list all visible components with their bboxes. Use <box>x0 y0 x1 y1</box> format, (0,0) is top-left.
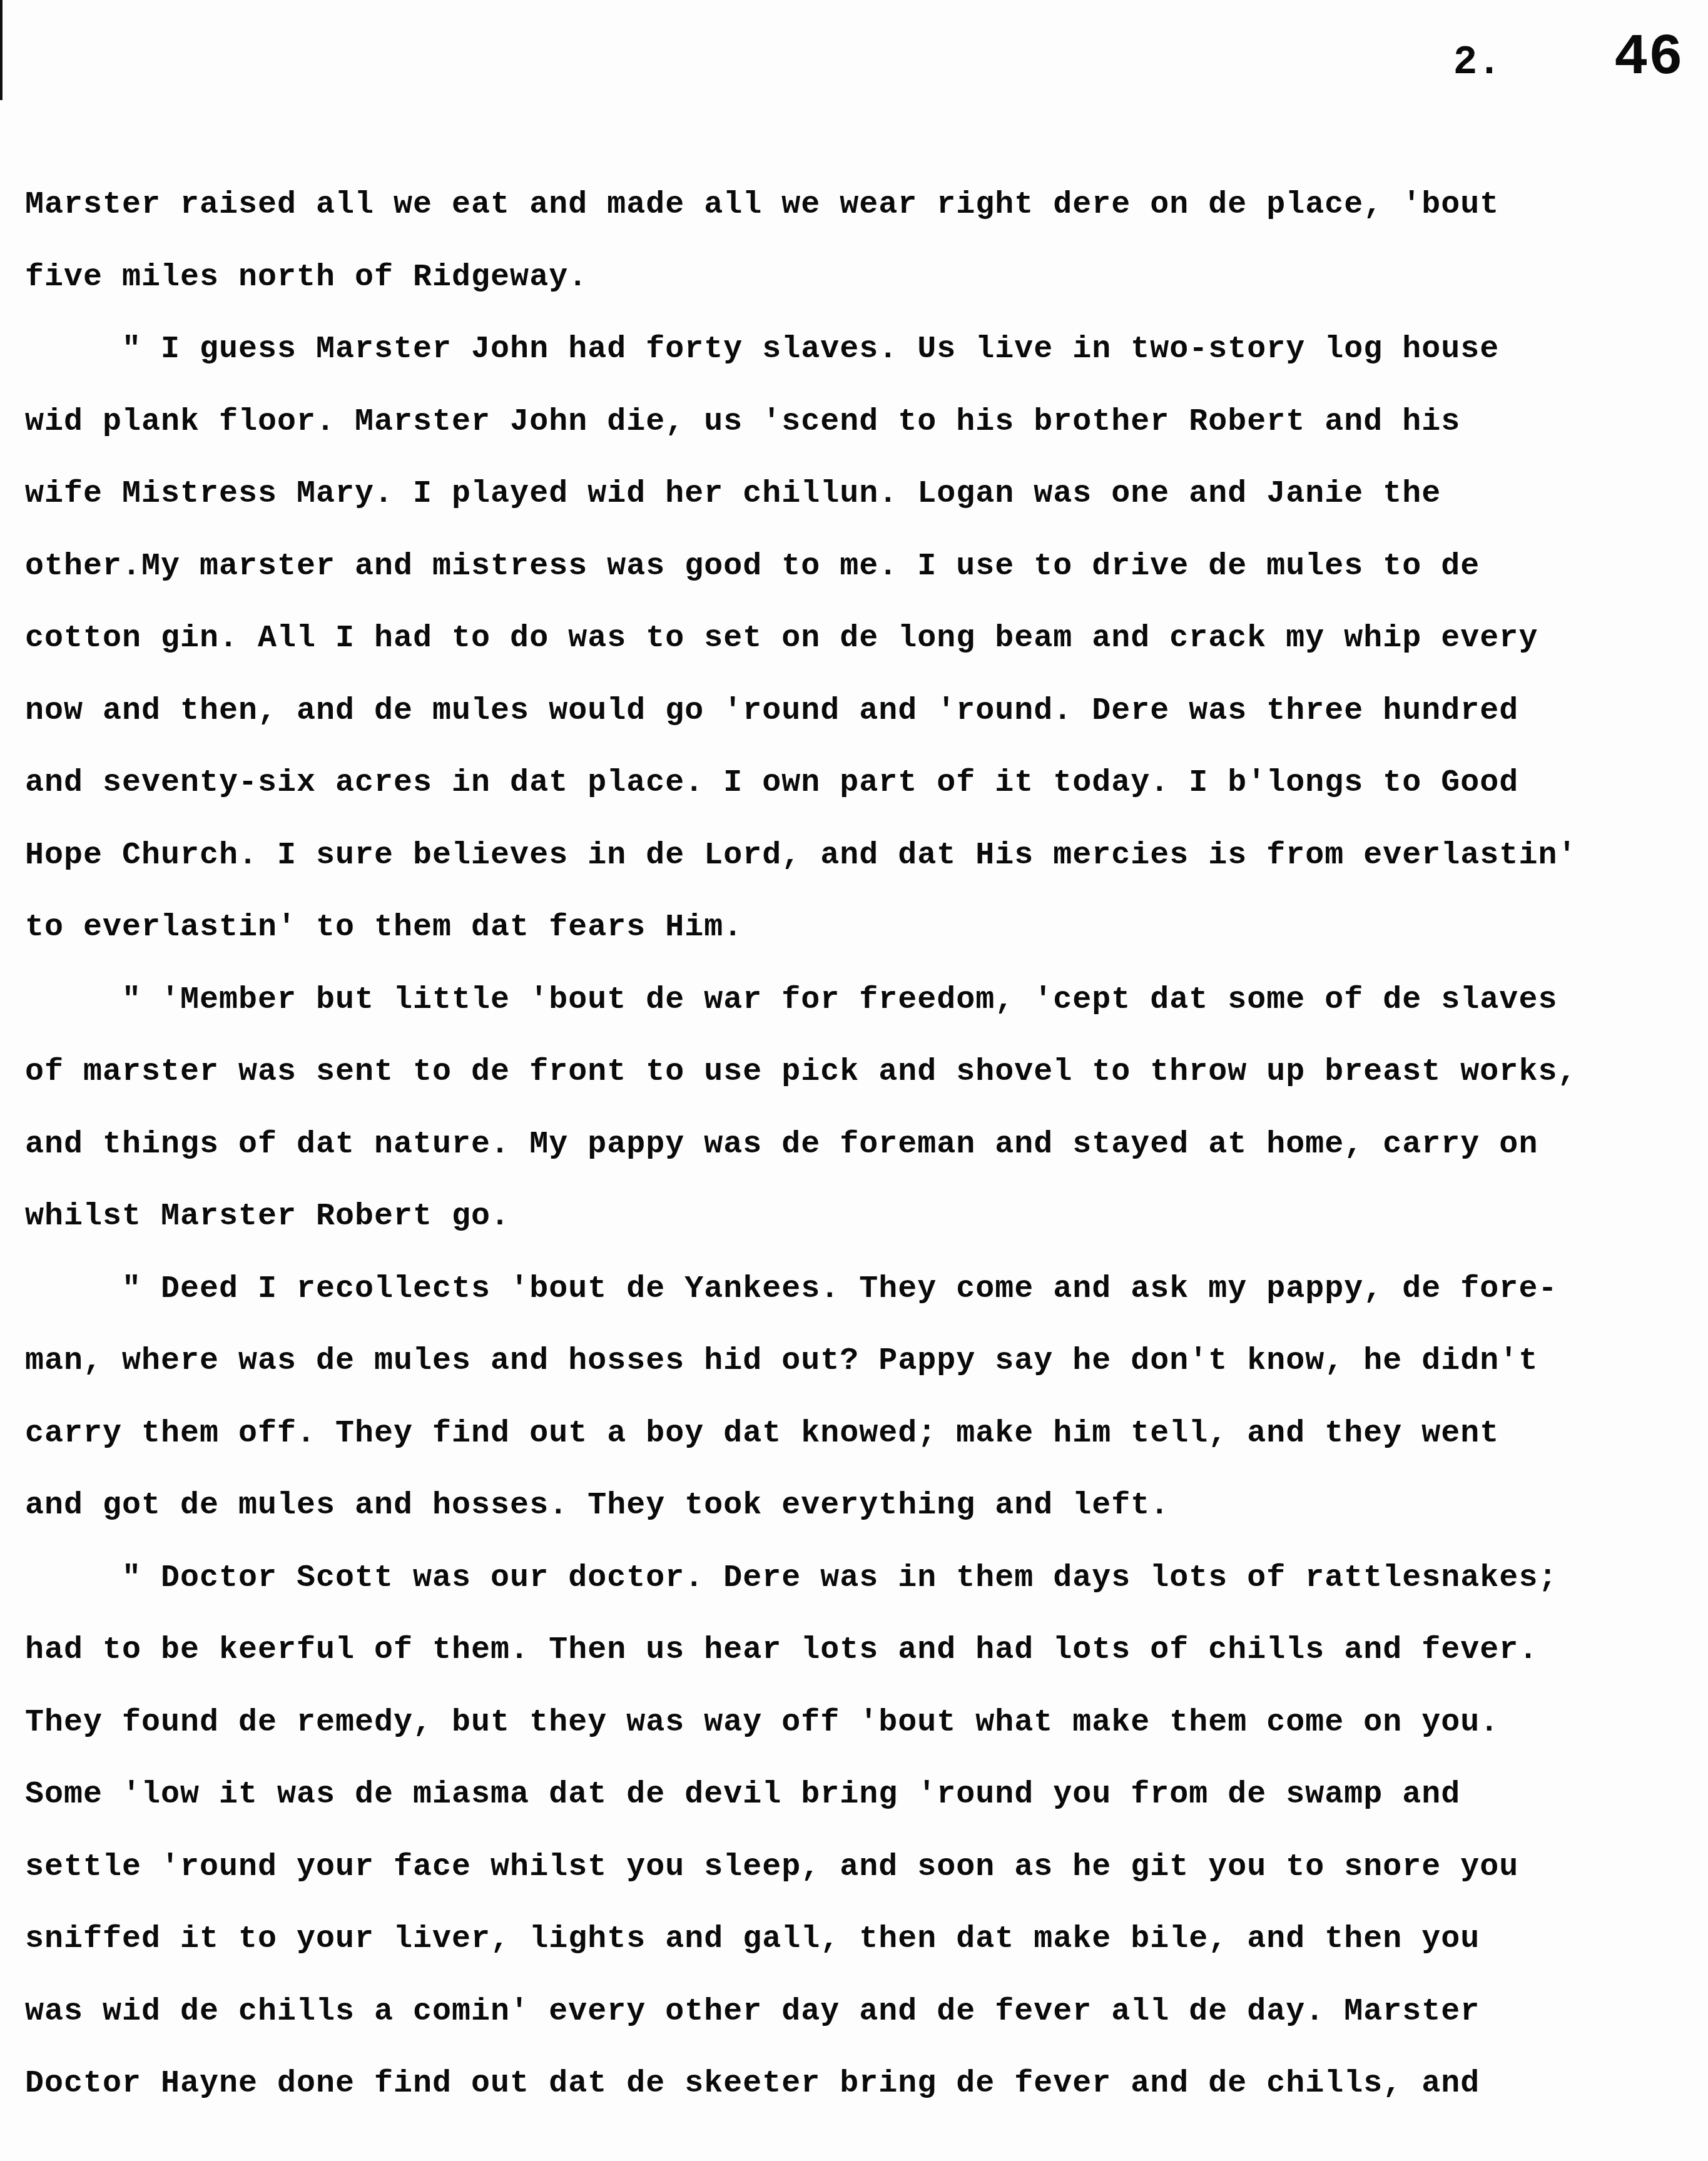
text-line: " Doctor Scott was our doctor. Dere was … <box>25 1542 1577 1615</box>
text-line: whilst Marster Robert go. <box>25 1181 1577 1253</box>
text-line: Hope Church. I sure believes in de Lord,… <box>25 820 1577 892</box>
text-line: of marster was sent to de front to use p… <box>25 1036 1577 1109</box>
text-line: cotton gin. All I had to do was to set o… <box>25 603 1577 675</box>
document-page: 2. 46 Marster raised all we eat and made… <box>0 0 1708 2161</box>
text-line: and things of dat nature. My pappy was d… <box>25 1109 1577 1181</box>
page-number: 46 <box>1614 25 1683 91</box>
page-header: 2. 46 <box>1453 25 1683 91</box>
text-line: Some 'low it was de miasma dat de devil … <box>25 1759 1577 1831</box>
text-line: and seventy-six acres in dat place. I ow… <box>25 747 1577 820</box>
scan-edge-mark <box>0 0 3 100</box>
text-line: five miles north of Ridgeway. <box>25 242 1577 314</box>
text-line: " 'Member but little 'bout de war for fr… <box>25 964 1577 1037</box>
text-line: wid plank floor. Marster John die, us 's… <box>25 386 1577 459</box>
text-line: sniffed it to your liver, lights and gal… <box>25 1903 1577 1976</box>
text-line: other.My marster and mistress was good t… <box>25 531 1577 603</box>
text-line: had to be keerful of them. Then us hear … <box>25 1614 1577 1687</box>
text-line: was wid de chills a comin' every other d… <box>25 1976 1577 2048</box>
text-line: wife Mistress Mary. I played wid her chi… <box>25 458 1577 531</box>
text-line: Doctor Hayne done find out dat de skeete… <box>25 2048 1577 2120</box>
text-line: Marster raised all we eat and made all w… <box>25 169 1577 242</box>
text-line: settle 'round your face whilst you sleep… <box>25 1831 1577 1904</box>
section-number: 2. <box>1453 41 1502 86</box>
text-line: to everlastin' to them dat fears Him. <box>25 892 1577 964</box>
text-line: carry them off. They find out a boy dat … <box>25 1398 1577 1470</box>
text-line: " Deed I recollects 'bout de Yankees. Th… <box>25 1253 1577 1326</box>
text-line: " I guess Marster John had forty slaves.… <box>25 313 1577 386</box>
text-line: man, where was de mules and hosses hid o… <box>25 1325 1577 1398</box>
text-line: and got de mules and hosses. They took e… <box>25 1470 1577 1542</box>
text-line: They found de remedy, but they was way o… <box>25 1687 1577 1759</box>
text-line: now and then, and de mules would go 'rou… <box>25 675 1577 748</box>
typed-transcript-body: Marster raised all we eat and made all w… <box>25 169 1577 2120</box>
